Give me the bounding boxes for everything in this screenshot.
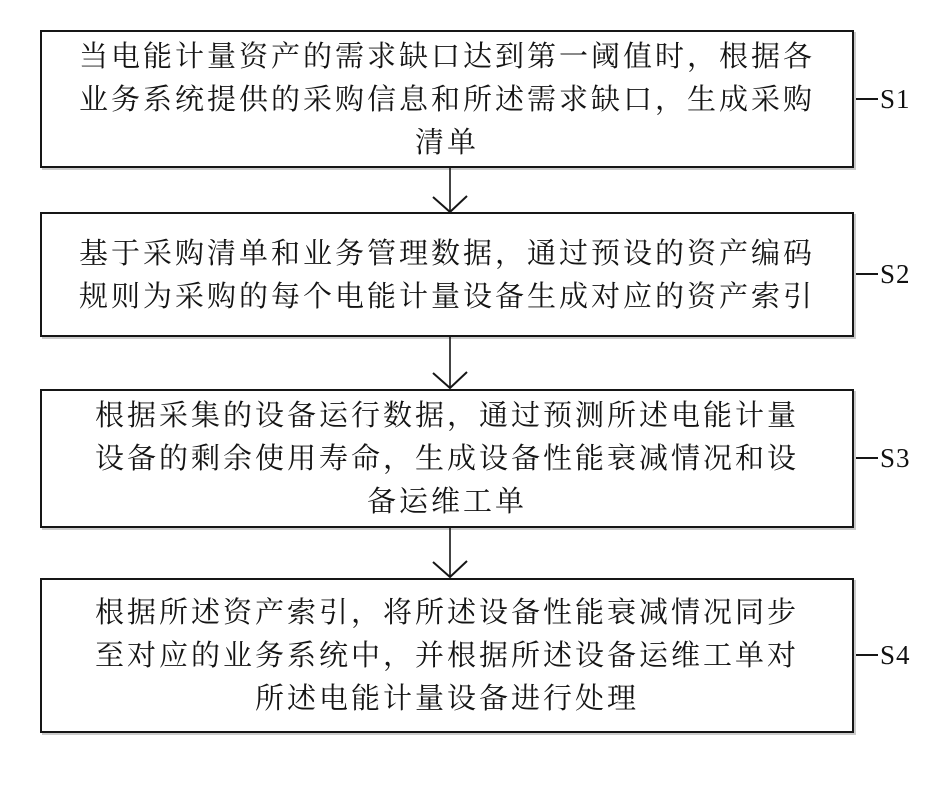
label-tick-s2	[856, 273, 878, 275]
arrow-s1-to-s2	[428, 168, 472, 213]
step-box-s2: 基于采购清单和业务管理数据，通过预设的资产编码 规则为采购的每个电能计量设备生成…	[40, 212, 854, 337]
step-s1-line-3: 清单	[415, 121, 479, 164]
step-s4-line-3: 所述电能计量设备进行处理	[255, 677, 639, 720]
step-label-s4: S4	[856, 639, 911, 671]
step-label-text-s4: S4	[880, 640, 911, 671]
step-s2-line-2: 规则为采购的每个电能计量设备生成对应的资产索引	[79, 275, 815, 318]
step-box-s1: 当电能计量资产的需求缺口达到第一阈值时，根据各 业务系统提供的采购信息和所述需求…	[40, 30, 854, 168]
step-s4-line-2: 至对应的业务系统中，并根据所述设备运维工单对	[95, 634, 799, 677]
step-s2-line-1: 基于采购清单和业务管理数据，通过预设的资产编码	[79, 232, 815, 275]
step-s3-line-1: 根据采集的设备运行数据，通过预测所述电能计量	[95, 394, 799, 437]
step-s3-line-2: 设备的剩余使用寿命，生成设备性能衰减情况和设	[95, 437, 799, 480]
arrow-s2-to-s3	[428, 337, 472, 389]
step-s3-line-3: 备运维工单	[367, 480, 527, 523]
step-label-s2: S2	[856, 258, 911, 290]
arrow-s3-to-s4	[428, 528, 472, 578]
step-label-text-s2: S2	[880, 259, 911, 290]
step-s1-line-2: 业务系统提供的采购信息和所述需求缺口，生成采购	[79, 78, 815, 121]
step-label-text-s3: S3	[880, 443, 911, 474]
step-box-s4: 根据所述资产索引，将所述设备性能衰减情况同步 至对应的业务系统中，并根据所述设备…	[40, 578, 854, 733]
step-s4-line-1: 根据所述资产索引，将所述设备性能衰减情况同步	[95, 591, 799, 634]
label-tick-s3	[856, 457, 878, 459]
step-label-s1: S1	[856, 83, 911, 115]
step-box-s3: 根据采集的设备运行数据，通过预测所述电能计量 设备的剩余使用寿命，生成设备性能衰…	[40, 389, 854, 528]
label-tick-s1	[856, 98, 878, 100]
flowchart-page: 当电能计量资产的需求缺口达到第一阈值时，根据各 业务系统提供的采购信息和所述需求…	[0, 0, 932, 787]
step-label-text-s1: S1	[880, 84, 911, 115]
step-label-s3: S3	[856, 442, 911, 474]
step-s1-line-1: 当电能计量资产的需求缺口达到第一阈值时，根据各	[79, 35, 815, 78]
label-tick-s4	[856, 654, 878, 656]
